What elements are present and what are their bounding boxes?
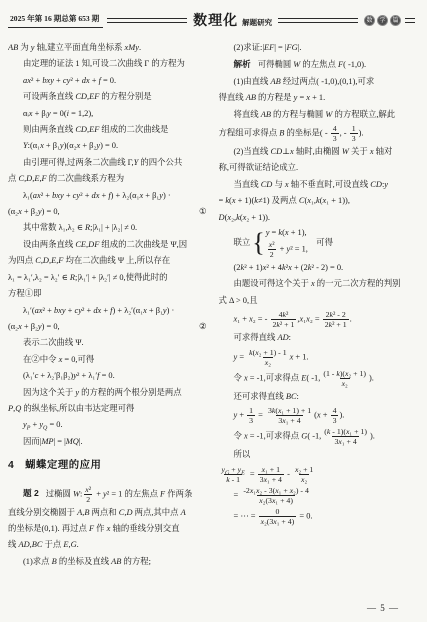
journal-title-box: 数理化 解题研究 (193, 10, 272, 30)
page-body: AB 为 y 轴,建立平面直角坐标系 xMy.由定理的证法 1 知,可设二次曲线… (8, 40, 421, 570)
text-line: (1)求点 B 的坐标及直线 AB 的方程; (8, 554, 209, 570)
fraction: yG + yEk - 1 (220, 465, 247, 484)
text-line: 还可求得直线 BC: (219, 389, 422, 405)
text-line: 得直线 AB 的方程是 y = x + 1. (219, 90, 422, 106)
text-line: 称,可得欲证结论成立. (219, 160, 422, 176)
fraction: 4k²2k² + 1 (271, 310, 297, 329)
text-line: 令 x = -1,可求得点 G( -1,(k - 1)(x₁ + 1)3x₁ +… (219, 426, 422, 447)
text-line: 由定理的证法 1 知,可设二次曲线 Γ 的方程为 (8, 56, 209, 72)
text-line: (α₂x + β₂y) = 0,② (8, 319, 209, 335)
text-line: (1)由直线 AB 经过两点( -1,0),(0,1),可求 (219, 74, 422, 90)
fraction: (k - 1)(x₁ + 1)3x₁ + 4 (322, 427, 369, 446)
text-line: 由引理可得,过两条二次曲线 Γ,Y 的四个公共 (8, 155, 209, 171)
text-line: 为四点 C,D,E,F 均在二次曲线 Ψ 上,所以存在 (8, 253, 209, 269)
text-line: 解析可得椭圆 W 的左焦点 F( -1,0). (219, 56, 422, 73)
text-line: 其中常数 λ₁,λ₂ ∈ R;|λ₁| + |λ₂| ≠ 0. (8, 220, 209, 236)
text-line: 因为这个关于 y 的方程的两个根分别是两点 (8, 385, 209, 401)
fraction: 43 (331, 124, 339, 143)
text-line: Y:(α₁x + β₁y)(α₂x + β₂y) = 0. (8, 138, 209, 154)
journal-title: 数理化 (193, 10, 238, 30)
fraction: -2x₁x₂ - 3(x₁ + x₂) - 4x₂(3x₁ + 4) (241, 486, 311, 505)
text-line: 则由两条直线 CD,EF 组成的二次曲线是 (8, 122, 209, 138)
text-line: 将直线 AB 的方程与椭圆 W 的方程联立,解此 (219, 107, 422, 123)
header-rule (405, 18, 415, 23)
fraction: 3k(x₁ + 1) + 13x₁ + 4 (266, 406, 313, 425)
text-line: 方程①即 (8, 286, 209, 302)
text-line: 线 AD,BC 于点 E,G. (8, 537, 209, 553)
journal-badges: 数学篇 (362, 15, 401, 26)
text-line: 可求得直线 AD: (219, 330, 422, 346)
issue-label: 2025 年第 16 期总第 653 期 (8, 13, 103, 28)
page-header: 2025 年第 16 期总第 653 期 数理化 解题研究 数学篇 (8, 7, 419, 33)
text-line: yG + yEk - 1 = x₁ + 13x₁ + 4 - x₂ + 1x₂ (219, 464, 422, 485)
text-line: 在②中令 x = 0,可得 (8, 352, 209, 368)
page-number: — 5 — (367, 603, 399, 613)
text-line: 可设两条直线 CD,EF 的方程分别是 (8, 89, 209, 105)
fraction: x²2 (267, 240, 277, 259)
fraction: x²2 (83, 485, 93, 504)
text-line: AB 为 y 轴,建立平面直角坐标系 xMy. (8, 40, 209, 56)
fraction: x₁ + 13x₁ + 4 (258, 465, 284, 484)
text-line: 由题设可得这个关于 x 的一元二次方程的判别 (219, 276, 422, 292)
fraction: 2k² - 22k² + 1 (323, 310, 349, 329)
journal-badge-icon: 篇 (390, 15, 401, 26)
text-line: (2k² + 1)x² + 4k²x + (2k² - 2) = 0. (219, 260, 422, 276)
journal-page: 2025 年第 16 期总第 653 期 数理化 解题研究 数学篇 AB 为 y… (0, 0, 427, 622)
text-line: = k(x + 1)(k≠1) 及两点 C(x₁,k(x₁ + 1)), (219, 193, 422, 209)
journal-badge-icon: 数 (364, 15, 375, 26)
text-line: D(x₂,k(x₂ + 1)). (219, 210, 422, 226)
text-line: 当直线 CD 与 x 轴不垂直时,可设直线 CD:y (219, 177, 422, 193)
text-line: λ₁ = λ₁′,λ₂ = λ₂′ ∈ R;|λ₁′| + |λ₂′| ≠ 0,… (8, 270, 209, 286)
right-column: (2)求证:|EF| = |FG|.解析可得椭圆 W 的左焦点 F( -1,0)… (219, 40, 422, 570)
header-rule (278, 18, 358, 23)
text-line: 联立{y = k(x + 1),x²2 + y² = 1, 可得 (219, 226, 422, 260)
text-line: y = k(x₂ + 1) - 1x₂x + 1. (219, 347, 422, 368)
text-line: 所以 (219, 447, 422, 463)
header-rule (107, 18, 187, 23)
text-line: 令 x = -1,可求得点 E( -1,(1 - k)(x₂ + 1)x₂). (219, 368, 422, 389)
text-line: λ₁′(ax² + bxy + cy² + dx + f) + λ₂′(α₁x … (8, 303, 209, 319)
text-line: y + 13 = 3k(x₁ + 1) + 13x₁ + 4(x + 43). (219, 405, 422, 426)
text-line: ax² + bxy + cy² + dx + f = 0. (8, 73, 209, 89)
left-column: AB 为 y 轴,建立平面直角坐标系 xMy.由定理的证法 1 知,可设二次曲线… (8, 40, 209, 570)
fraction: 43 (331, 406, 339, 425)
text-line: yP + yQ = 0. (8, 417, 209, 433)
text-line: = -2x₁x₂ - 3(x₁ + x₂) - 4x₂(3x₁ + 4) (219, 485, 422, 506)
text-line: 式 Δ > 0,且 (219, 293, 422, 309)
equation-number: ② (199, 319, 207, 335)
text-line: (λ₁′c + λ₂′β₁β₂)y² + λ₁′f = 0. (8, 368, 209, 384)
text-line: 的坐标是(0,1). 再过点 F 作 x 轴的垂线分别交直 (8, 521, 209, 537)
text-line: 点 C,D,E,F 的二次曲线系方程为 (8, 171, 209, 187)
text-line: αᵢx + βᵢy = 0(i = 1,2), (8, 106, 209, 122)
text-line: P,Q 的纵坐标,所以由韦达定理可得 (8, 401, 209, 417)
text-line: 表示二次曲线 Ψ. (8, 335, 209, 351)
text-line: 设由两条直线 CE,DF 组成的二次曲线是 Ψ,因 (8, 237, 209, 253)
fraction: 13 (350, 124, 358, 143)
text-line: x₁ + x₂ = - 4k²2k² + 1,x₁x₂ = 2k² - 22k²… (219, 309, 422, 330)
text-line: (2)当直线 CD⊥x 轴时,由椭圆 W 关于 x 轴对 (219, 144, 422, 160)
equation-number: ① (199, 204, 207, 220)
journal-badge-icon: 学 (377, 15, 388, 26)
text-line: = ⋯ = 0x₂(3x₁ + 4) = 0. (219, 506, 422, 527)
brace-icon: { (252, 230, 264, 256)
fraction: 13 (247, 406, 255, 425)
text-line: 方程组可求得点 B 的坐标是( - 43, - 13). (219, 123, 422, 144)
fraction: (1 - k)(x₂ + 1)x₂ (321, 369, 368, 388)
fraction: k(x₂ + 1) - 1x₂ (247, 348, 288, 367)
equation-system: {y = k(x + 1),x²2 + y² = 1, (250, 226, 308, 260)
text-line: λ₁(ax² + bxy + cy² + dx + f) + λ₂(α₁x + … (8, 188, 209, 204)
text-line: (α₂x + β₂y) = 0,① (8, 204, 209, 220)
text-line: 直线分别交椭圆于 A,B 两点和 C,D 两点,其中点 A (8, 505, 209, 521)
section-heading: 4 蝴蝶定理的应用 (8, 458, 209, 474)
fraction: x₂ + 1x₂ (293, 465, 315, 484)
text-line: 题 2过椭圆 W:x²2 + y² = 1 的左焦点 F 作两条 (8, 484, 209, 505)
text-line: (2)求证:|EF| = |FG|. (219, 40, 422, 56)
fraction: 0x₂(3x₁ + 4) (259, 507, 297, 526)
text-line: 因而|MP| = |MQ|. (8, 434, 209, 450)
journal-subtitle: 解题研究 (242, 17, 272, 28)
